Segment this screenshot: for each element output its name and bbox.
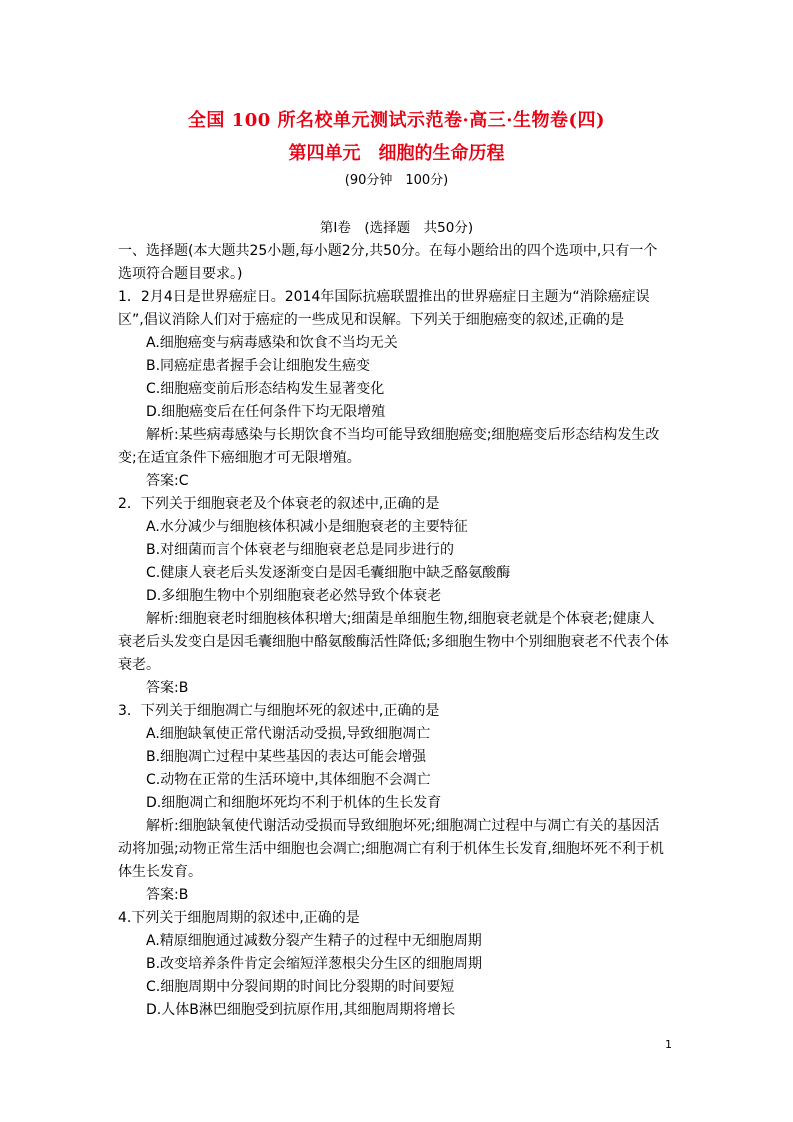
option-c: C.健康人衰老后头发逐渐变白是因毛囊细胞中缺乏酪氨酸酶 (118, 562, 688, 585)
option-b: B.细胞凋亡过程中某些基因的表达可能会增强 (118, 746, 688, 769)
option-d: D.人体B淋巴细胞受到抗原作用,其细胞周期将增长 (118, 999, 688, 1022)
option-a: A.细胞缺氧使正常代谢活动受损,导致细胞凋亡 (118, 723, 688, 746)
option-d: D.多细胞生物中个别细胞衰老必然导致个体衰老 (118, 585, 688, 608)
option-a: A.细胞癌变与病毒感染和饮食不当均无关 (118, 332, 688, 355)
option-c: C.细胞周期中分裂间期的时间比分裂期的时间要短 (118, 976, 688, 999)
option-b: B.对细菌而言个体衰老与细胞衰老总是同步进行的 (118, 539, 688, 562)
question-stem: 区”,倡议消除人们对于癌症的一些成见和误解。下列关于细胞癌变的叙述,正确的是 (118, 309, 688, 332)
analysis: 变;在适宜条件下癌细胞才可无限增殖。 (118, 447, 688, 470)
question-1: 1．2月4日是世界癌症日。2014年国际抗癌联盟推出的世界癌症日主题为“消除癌症… (118, 286, 688, 493)
question-stem: 1．2月4日是世界癌症日。2014年国际抗癌联盟推出的世界癌症日主题为“消除癌症… (118, 286, 688, 309)
analysis: 动将加强;动物正常生活中细胞也会凋亡;细胞凋亡有利于机体生长发育,细胞坏死不利于… (118, 838, 688, 861)
time-score: (90分钟 100分) (0, 169, 793, 188)
question-stem: 4.下列关于细胞周期的叙述中,正确的是 (118, 907, 688, 930)
document-body: 一、选择题(本大题共25小题,每小题2分,共50分。在每小题给出的四个选项中,只… (118, 240, 688, 1022)
option-a: A.水分减少与细胞核体积减小是细胞衰老的主要特征 (118, 516, 688, 539)
answer: 答案:C (118, 470, 688, 493)
unit-title: 第四单元 细胞的生命历程 (0, 139, 793, 165)
option-c: C.动物在正常的生活环境中,其体细胞不会凋亡 (118, 769, 688, 792)
question-3: 3．下列关于细胞凋亡与细胞坏死的叙述中,正确的是 A.细胞缺氧使正常代谢活动受损… (118, 700, 688, 907)
analysis: 衰老后头发变白是因毛囊细胞中酪氨酸酶活性降低;多细胞生物中个别细胞衰老不代表个体 (118, 631, 688, 654)
analysis: 解析:细胞衰老时细胞核体积增大;细菌是单细胞生物,细胞衰老就是个体衰老;健康人 (118, 608, 688, 631)
analysis: 解析:某些病毒感染与长期饮食不当均可能导致细胞癌变;细胞癌变后形态结构发生改 (118, 424, 688, 447)
question-stem: 3．下列关于细胞凋亡与细胞坏死的叙述中,正确的是 (118, 700, 688, 723)
analysis: 衰老。 (118, 654, 688, 677)
question-2: 2．下列关于细胞衰老及个体衰老的叙述中,正确的是 A.水分减少与细胞核体积减小是… (118, 493, 688, 700)
analysis: 体生长发育。 (118, 861, 688, 884)
option-a: A.精原细胞通过减数分裂产生精子的过程中无细胞周期 (118, 930, 688, 953)
instructions-line: 一、选择题(本大题共25小题,每小题2分,共50分。在每小题给出的四个选项中,只… (118, 240, 688, 263)
analysis: 解析:细胞缺氧使代谢活动受损而导致细胞坏死;细胞凋亡过程中与凋亡有关的基因活 (118, 815, 688, 838)
option-d: D.细胞癌变后在任何条件下均无限增殖 (118, 401, 688, 424)
question-4: 4.下列关于细胞周期的叙述中,正确的是 A.精原细胞通过减数分裂产生精子的过程中… (118, 907, 688, 1022)
document-title: 全国 100 所名校单元测试示范卷·高三·生物卷(四) (0, 106, 793, 132)
answer: 答案:B (118, 884, 688, 907)
option-c: C.细胞癌变前后形态结构发生显著变化 (118, 378, 688, 401)
question-stem: 2．下列关于细胞衰老及个体衰老的叙述中,正确的是 (118, 493, 688, 516)
section-title: 第Ⅰ卷 (选择题 共50分) (0, 216, 793, 236)
document-page: 全国 100 所名校单元测试示范卷·高三·生物卷(四) 第四单元 细胞的生命历程… (0, 0, 793, 1122)
option-b: B.同癌症患者握手会让细胞发生癌变 (118, 355, 688, 378)
option-b: B.改变培养条件肯定会缩短洋葱根尖分生区的细胞周期 (118, 953, 688, 976)
page-number: 1 (665, 1038, 672, 1051)
instructions-line: 选项符合题目要求。) (118, 263, 688, 286)
answer: 答案:B (118, 677, 688, 700)
option-d: D.细胞凋亡和细胞坏死均不利于机体的生长发育 (118, 792, 688, 815)
